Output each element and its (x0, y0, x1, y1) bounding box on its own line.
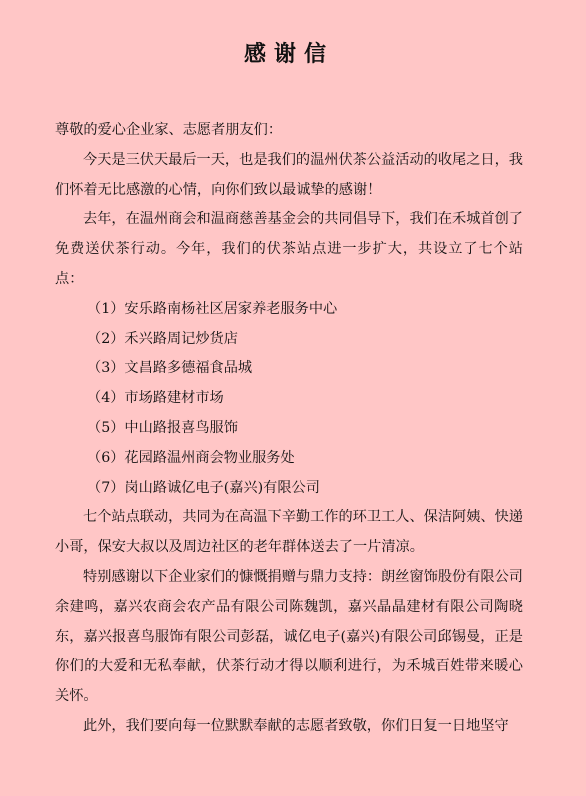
paragraph-intro: 今天是三伏天最后一天，也是我们的温州伏茶公益活动的收尾之日，我们怀着无比感激的心… (55, 146, 523, 206)
station-item: （3）文昌路多德福食品城 (55, 354, 523, 384)
letter-title: 感谢信 (55, 0, 523, 74)
station-item: （5）中山路报喜鸟服饰 (55, 414, 523, 444)
station-list: （1）安乐路南杨社区居家养老服务中心 （2）禾兴路周记炒货店 （3）文昌路多德福… (55, 295, 523, 504)
station-item: （7）岗山路诚亿电子(嘉兴)有限公司 (55, 474, 523, 504)
station-item: （6）花园路温州商会物业服务处 (55, 444, 523, 474)
salutation: 尊敬的爱心企业家、志愿者朋友们： (55, 116, 523, 146)
station-item: （4）市场路建材市场 (55, 384, 523, 414)
letter-body: 尊敬的爱心企业家、志愿者朋友们： 今天是三伏天最后一天，也是我们的温州伏茶公益活… (55, 116, 523, 742)
paragraph-thanks-donors: 特别感谢以下企业家们的慷慨捐赠与鼎力支持：朗丝窗饰股份有限公司余建鸣，嘉兴农商会… (55, 563, 523, 712)
paragraph-background: 去年，在温州商会和温商慈善基金会的共同倡导下，我们在禾城首创了免费送伏茶行动。今… (55, 205, 523, 294)
station-item: （2）禾兴路周记炒货店 (55, 325, 523, 355)
station-item: （1）安乐路南杨社区居家养老服务中心 (55, 295, 523, 325)
paragraph-thanks-volunteers: 此外，我们要向每一位默默奉献的志愿者致敬，你们日复一日地坚守 (55, 712, 523, 742)
letter-page: 感谢信 尊敬的爱心企业家、志愿者朋友们： 今天是三伏天最后一天，也是我们的温州伏… (0, 0, 586, 796)
paragraph-linkage: 七个站点联动，共同为在高温下辛勤工作的环卫工人、保洁阿姨、快递小哥，保安大叔以及… (55, 503, 523, 563)
